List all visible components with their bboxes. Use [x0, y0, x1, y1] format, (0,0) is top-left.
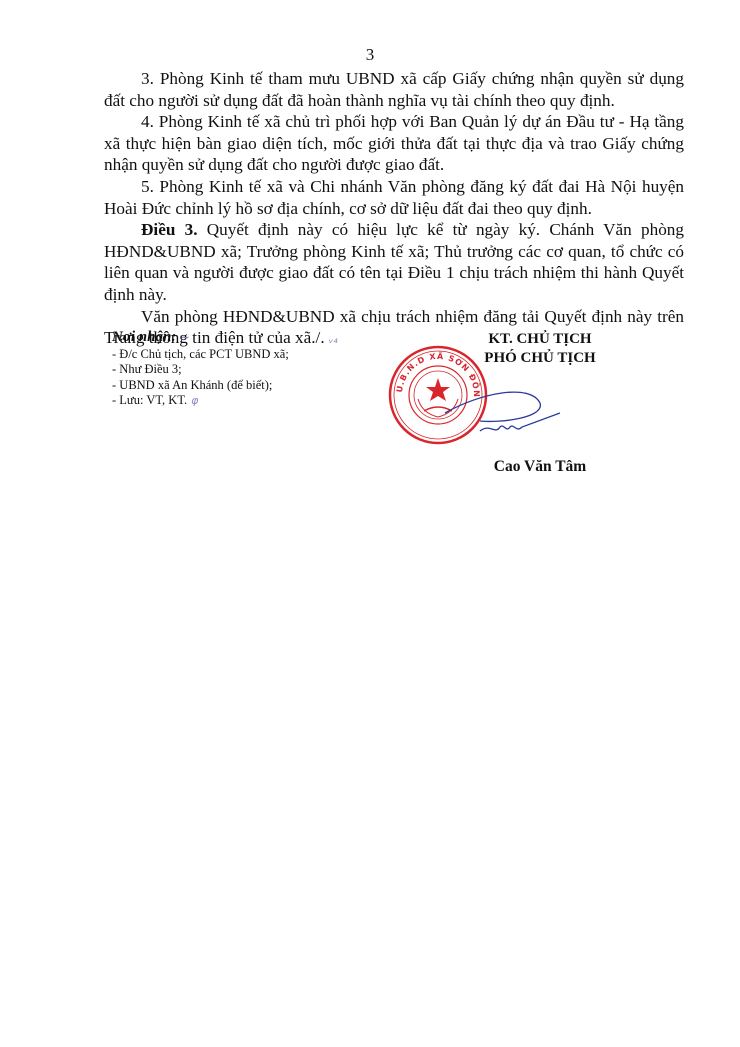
signer-name: Cao Văn Tâm	[450, 458, 630, 476]
article-3: Điều 3. Quyết định này có hiệu lực kể từ…	[104, 219, 684, 305]
recipient-item: - Như Điều 3;	[112, 362, 289, 378]
page-number: 3	[0, 45, 740, 65]
recipients-list: Nơi nhận:~ - Đ/c Chủ tịch, các PCT UBND …	[112, 330, 289, 409]
paragraph-5: 5. Phòng Kinh tế xã và Chi nhánh Văn phò…	[104, 176, 684, 219]
signer-position: PHÓ CHỦ TỊCH	[450, 349, 630, 368]
initials-mark: ᵥ₄	[329, 333, 338, 346]
initials-mark: φ	[191, 394, 198, 407]
handwritten-signature-icon	[440, 383, 580, 443]
initials-mark: ~	[180, 331, 189, 344]
paragraph-3: 3. Phòng Kinh tế tham mưu UBND xã cấp Gi…	[104, 68, 684, 111]
recipients-title: Nơi nhận:~	[112, 330, 289, 346]
paragraph-4: 4. Phòng Kinh tế xã chủ trì phối hợp với…	[104, 111, 684, 176]
recipient-item: - UBND xã An Khánh (để biết);	[112, 378, 289, 394]
signer-authority: KT. CHỦ TỊCH	[450, 330, 630, 349]
recipient-item: - Đ/c Chủ tịch, các PCT UBND xã;	[112, 347, 289, 363]
recipient-item: - Lưu: VT, KT.φ	[112, 393, 289, 409]
document-body: 3. Phòng Kinh tế tham mưu UBND xã cấp Gi…	[104, 68, 684, 351]
signature-block: KT. CHỦ TỊCH PHÓ CHỦ TỊCH	[450, 330, 630, 368]
